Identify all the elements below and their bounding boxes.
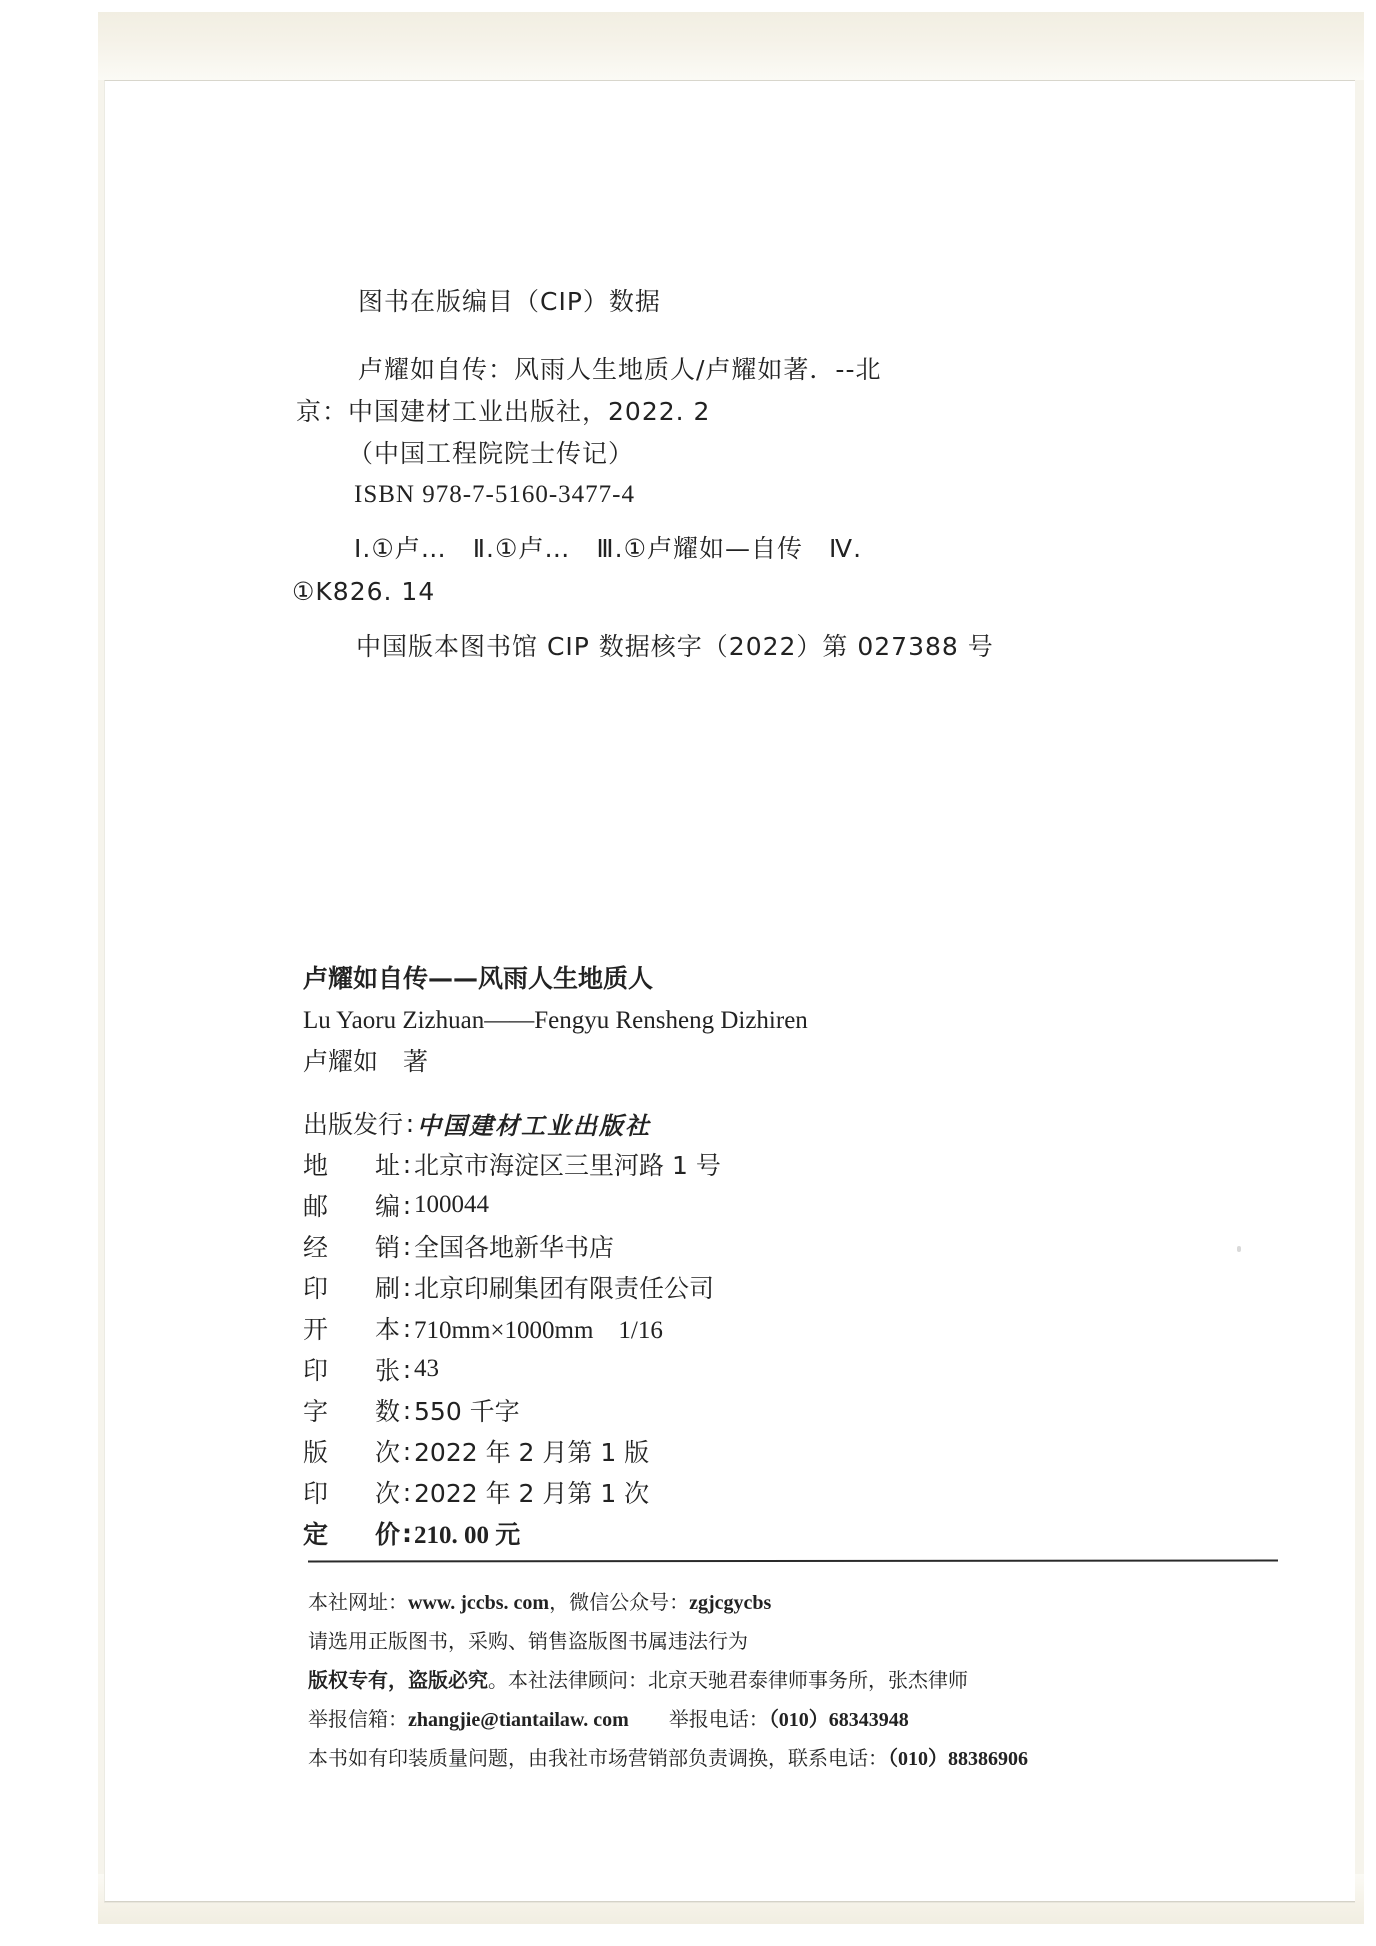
info-label-1: 定 bbox=[303, 1515, 375, 1551]
info-label-2: 销 bbox=[375, 1228, 400, 1264]
book-title-pinyin: Lu Yaoru Zizhuan——Fengyu Rensheng Dizhir… bbox=[303, 1006, 808, 1036]
cip-line-2: 京：中国建材工业出版社，2022. 2 bbox=[296, 397, 710, 427]
footer-website-line: 本社网址：www. jccbs. com，微信公众号：zgjcgycbs bbox=[308, 1588, 771, 1617]
report-email[interactable]: zhangjie@tiantailaw. com bbox=[408, 1709, 629, 1731]
info-label-2: 张 bbox=[375, 1351, 400, 1387]
info-value: 北京市海淀区三里河路 1 号 bbox=[414, 1146, 721, 1182]
info-label-2: 价 bbox=[375, 1515, 400, 1551]
wechat-account: zgjcgycbs bbox=[689, 1592, 771, 1614]
info-value: 550 千字 bbox=[414, 1392, 520, 1428]
copyright-notice: 版权专有，盗版必究 bbox=[308, 1668, 488, 1692]
service-phone: （010）88386906 bbox=[888, 1748, 1028, 1770]
info-label-1: 经 bbox=[303, 1228, 375, 1264]
info-row-price: 定 价 : 210. 00 元 bbox=[303, 1513, 520, 1553]
info-row-sheets: 印 张 : 43 bbox=[303, 1349, 439, 1389]
cip-isbn: ISBN 978-7-5160-3477-4 bbox=[354, 480, 635, 510]
info-label-1: 版 bbox=[303, 1433, 375, 1469]
info-label-1: 开 bbox=[303, 1310, 375, 1346]
report-phone: （010）68343948 bbox=[769, 1709, 909, 1731]
info-label-1: 邮 bbox=[303, 1187, 375, 1223]
info-label-1: 印 bbox=[303, 1474, 375, 1510]
info-row-format: 开 本 : 710mm×1000mm 1/16 bbox=[303, 1308, 663, 1348]
cip-classification: Ⅰ.①卢… Ⅱ.①卢… Ⅲ.①卢耀如—自传 Ⅳ. bbox=[354, 534, 862, 564]
website-link[interactable]: www. jccbs. com bbox=[408, 1592, 549, 1614]
book-author: 卢耀如 著 bbox=[303, 1047, 428, 1077]
info-label-1: 地 bbox=[303, 1146, 375, 1182]
cip-record-number: 中国版本图书馆 CIP 数据核字（2022）第 027388 号 bbox=[356, 632, 994, 662]
footer-service-line: 本书如有印装质量问题，由我社市场营销部负责调换，联系电话：（010）883869… bbox=[308, 1744, 1028, 1773]
info-label-1: 印 bbox=[303, 1269, 375, 1305]
info-label-2: 本 bbox=[375, 1310, 400, 1346]
info-row-printing: 印 次 : 2022 年 2 月第 1 次 bbox=[303, 1472, 649, 1512]
info-label: 出版发行 bbox=[303, 1105, 403, 1141]
info-value: 43 bbox=[414, 1355, 439, 1383]
page-content: 图书在版编目（CIP）数据 卢耀如自传：风雨人生地质人/卢耀如著．--北 京：中… bbox=[0, 0, 1376, 1946]
cip-classification-cont: ①K826. 14 bbox=[292, 577, 435, 607]
book-title: 卢耀如自传——风雨人生地质人 bbox=[303, 964, 653, 994]
info-label-2: 数 bbox=[375, 1392, 400, 1428]
report-email-label: 举报信箱： bbox=[308, 1707, 408, 1731]
website-label: 本社网址： bbox=[308, 1590, 408, 1614]
info-label-2: 址 bbox=[375, 1146, 400, 1182]
legal-counsel: 。本社法律顾问：北京天驰君泰律师事务所，张杰律师 bbox=[488, 1668, 968, 1692]
cip-series: （中国工程院院士传记） bbox=[348, 439, 634, 469]
info-value: 2022 年 2 月第 1 版 bbox=[414, 1433, 649, 1469]
info-label-1: 印 bbox=[303, 1351, 375, 1387]
scan-speck bbox=[1237, 1246, 1241, 1252]
report-phone-label: 举报电话： bbox=[669, 1707, 769, 1731]
info-value: 全国各地新华书店 bbox=[414, 1228, 614, 1264]
info-row-distributor: 经 销 : 全国各地新华书店 bbox=[303, 1226, 614, 1266]
footer-report-line: 举报信箱：zhangjie@tiantailaw. com举报电话：（010）6… bbox=[308, 1705, 909, 1734]
info-row-publisher: 出版发行 : 中国建材工业出版社 bbox=[303, 1103, 651, 1143]
publisher-logo-text: 中国建材工业出版社 bbox=[417, 1106, 651, 1141]
info-value: 100044 bbox=[414, 1191, 489, 1219]
info-label-1: 字 bbox=[303, 1392, 375, 1428]
cip-line-1: 卢耀如自传：风雨人生地质人/卢耀如著．--北 bbox=[358, 355, 881, 385]
service-text: 本书如有印装质量问题，由我社市场营销部负责调换，联系电话： bbox=[308, 1746, 888, 1770]
info-label-2: 次 bbox=[375, 1433, 400, 1469]
info-label-2: 刷 bbox=[375, 1269, 400, 1305]
footer-anti-piracy-line: 请选用正版图书，采购、销售盗版图书属违法行为 bbox=[308, 1627, 748, 1655]
info-value: 北京印刷集团有限责任公司 bbox=[414, 1269, 714, 1305]
info-label-2: 次 bbox=[375, 1474, 400, 1510]
info-row-edition: 版 次 : 2022 年 2 月第 1 版 bbox=[303, 1431, 649, 1471]
info-label-2: 编 bbox=[375, 1187, 400, 1223]
footer-legal-line: 版权专有，盗版必究。本社法律顾问：北京天驰君泰律师事务所，张杰律师 bbox=[308, 1666, 968, 1694]
info-row-postcode: 邮 编 : 100044 bbox=[303, 1185, 489, 1225]
info-row-address: 地 址 : 北京市海淀区三里河路 1 号 bbox=[303, 1144, 721, 1184]
info-value: 710mm×1000mm 1/16 bbox=[414, 1310, 663, 1346]
info-row-word-count: 字 数 : 550 千字 bbox=[303, 1390, 520, 1430]
price-value: 210. 00 元 bbox=[414, 1515, 520, 1551]
info-value: 2022 年 2 月第 1 次 bbox=[414, 1474, 649, 1510]
cip-heading: 图书在版编目（CIP）数据 bbox=[358, 287, 661, 317]
section-divider bbox=[308, 1559, 1278, 1562]
info-row-printer: 印 刷 : 北京印刷集团有限责任公司 bbox=[303, 1267, 714, 1307]
wechat-label: ，微信公众号： bbox=[549, 1590, 689, 1614]
